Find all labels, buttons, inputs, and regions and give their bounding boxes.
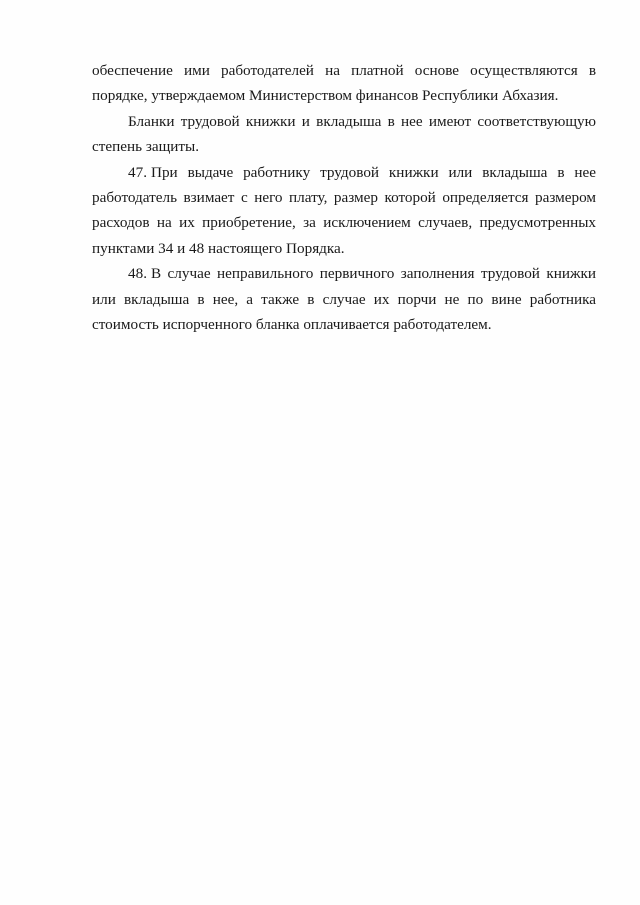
paragraph-item-47: 47.При выдаче работнику трудовой книжки … bbox=[92, 160, 596, 262]
paragraph-text: В случае неправильного первичного заполн… bbox=[92, 265, 596, 333]
document-page: обеспечение ими работодателей на платной… bbox=[0, 0, 640, 905]
item-number: 47. bbox=[128, 164, 147, 181]
paragraph-blanks-protection: Бланки трудовой книжки и вкладыша в нее … bbox=[92, 109, 596, 160]
document-body: обеспечение ими работодателей на платной… bbox=[92, 58, 596, 337]
paragraph-item-48: 48.В случае неправильного первичного зап… bbox=[92, 261, 596, 337]
paragraph-continuation: обеспечение ими работодателей на платной… bbox=[92, 58, 596, 109]
paragraph-text: При выдаче работнику трудовой книжки или… bbox=[92, 164, 596, 257]
paragraph-text: Бланки трудовой книжки и вкладыша в нее … bbox=[92, 113, 596, 155]
paragraph-text: обеспечение ими работодателей на платной… bbox=[92, 62, 596, 104]
item-number: 48. bbox=[128, 265, 147, 282]
